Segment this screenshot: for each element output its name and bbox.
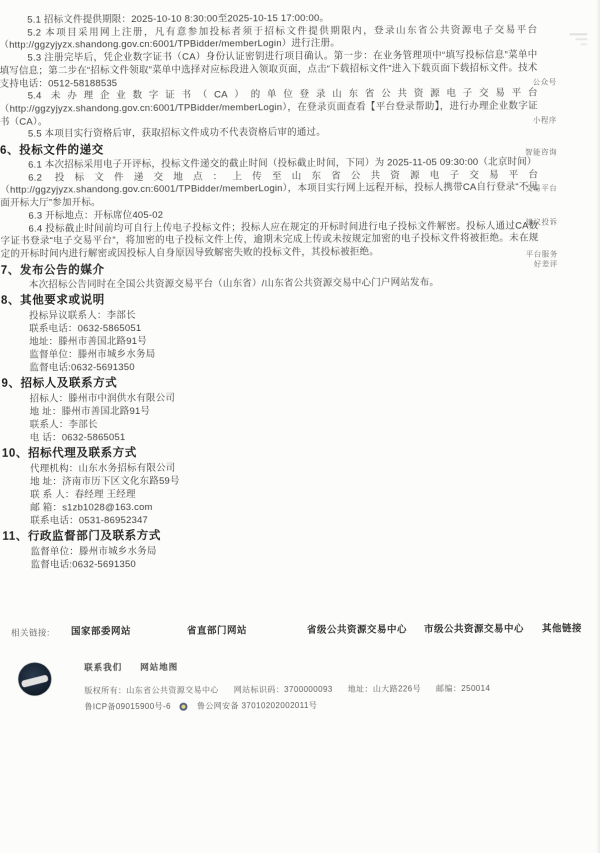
site-map-link[interactable]: 网站地图	[140, 661, 178, 673]
clause-5-5: 5.5 本项目实行资格后审，获取招标文件成功不代表资格后审的通过。	[0, 126, 538, 142]
footer-postcode: 邮编：250014	[436, 683, 490, 694]
related-link-city-centers[interactable]: 市级公共资源交易中心	[424, 621, 524, 636]
site-footer: 联系我们 网站地图 版权所有：山东省公共资源交易中心 网站标识码：3700000…	[1, 656, 600, 730]
scanned-announcement: 5.1 招标文件提供期限：2025-10-10 8:30:00至2025-10-…	[0, 0, 600, 853]
site-logo-band	[21, 674, 49, 687]
contact-line: 电 话：0632-5865051	[2, 429, 540, 445]
contact-line: 监督电话:0632-5691350	[3, 556, 541, 572]
footer-site-code: 网站标识码：3700000093	[234, 684, 333, 696]
related-link-national-ministries[interactable]: 国家部委网站	[71, 623, 131, 637]
clause-6-2: 6.2 投标文件递交地点：上传至山东省公共资源电子交易平台（http://ggz…	[0, 169, 538, 210]
scan-smudge	[561, 30, 587, 45]
sidebar-smart-consult-label[interactable]: 智能咨询	[497, 147, 557, 156]
sidebar-wechat-official-label[interactable]: 公众号	[497, 77, 557, 86]
scan-edge-shadow	[596, 0, 600, 853]
contact-line: 监督电话:0632-5691350	[1, 359, 539, 375]
sidebar-trading-platform-label[interactable]: 交易平台	[497, 183, 557, 192]
clause-5-2: 5.2 本项目采用网上注册，凡有意参加投标者须于招标文件提供期限内，登录山东省公…	[0, 24, 537, 53]
site-logo	[18, 663, 51, 696]
related-link-other[interactable]: 其他链接	[542, 620, 582, 634]
footer-nav: 联系我们 网站地图	[84, 661, 178, 674]
sidebar-service-rating-label[interactable]: 平台服务	[498, 249, 558, 258]
clause-6-4: 6.4 投标截止时间前均可自行上传电子投标文件；投标人应在规定的开标时间进行电子…	[0, 220, 538, 261]
sidebar-service-rating-label2[interactable]: 好差评	[498, 259, 558, 268]
clause-5-4: 5.4 未办理企业数字证书（CA）的单位登录山东省公共资源电子交易平台（http…	[0, 88, 538, 129]
footer-info-line: 版权所有：山东省公共资源交易中心 网站标识码：3700000093 地址：山大路…	[84, 683, 490, 696]
sidebar-suggestion-complaint-label[interactable]: 建议投诉	[497, 217, 557, 226]
related-links-bar: 相关链接: 国家部委网站 省直部门网站 省级公共资源交易中心 市级公共资源交易中…	[1, 610, 600, 650]
footer-police-record: 鲁公网安备 37010202002011号	[197, 700, 317, 712]
contact-line: 联系电话：0531-86952347	[2, 512, 540, 528]
related-link-provincial-centers[interactable]: 省级公共资源交易中心	[307, 621, 407, 636]
contact-us-link[interactable]: 联系我们	[84, 661, 122, 673]
clause-5-3: 5.3 注册完毕后，凭企业数字证书（CA）身份认证密钥进行项目确认。第一步：在业…	[0, 50, 538, 91]
sidebar-mini-program-label[interactable]: 小程序	[497, 115, 557, 124]
related-link-provincial-depts[interactable]: 省直部门网站	[187, 622, 247, 636]
security-badge-icon	[180, 702, 188, 710]
footer-copyright: 版权所有：山东省公共资源交易中心	[84, 685, 218, 697]
announcement-text: 5.1 招标文件提供期限：2025-10-10 8:30:00至2025-10-…	[0, 12, 541, 573]
page: 5.1 招标文件提供期限：2025-10-10 8:30:00至2025-10-…	[0, 0, 600, 853]
clause-7-1: 本次招标公告同时在全国公共资源交易平台（山东省）/山东省公共资源交易中心门户网站…	[1, 276, 539, 292]
footer-icp: 鲁ICP备09015900号-6	[84, 701, 171, 713]
footer-icp-line: 鲁ICP备09015900号-6 鲁公网安备 37010202002011号	[84, 700, 317, 712]
footer-address: 地址：山大路226号	[348, 683, 421, 694]
related-links-label: 相关链接:	[11, 627, 50, 639]
